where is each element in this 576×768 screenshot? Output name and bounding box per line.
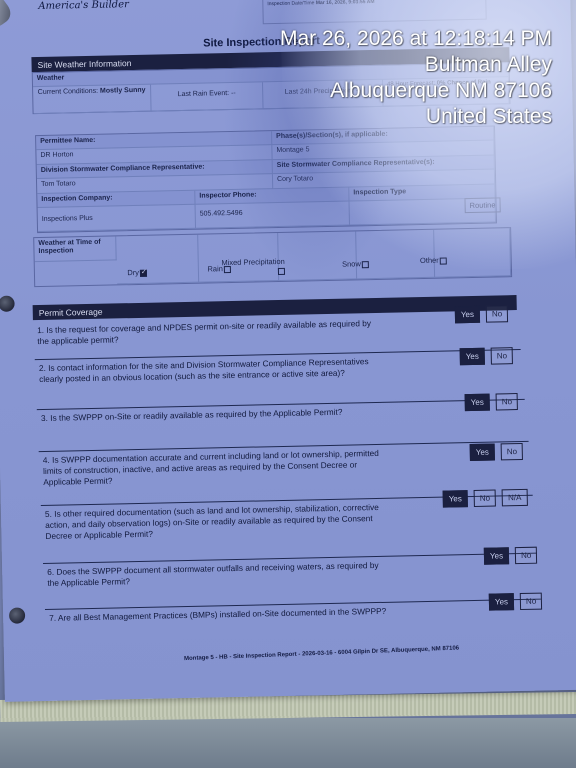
page-footer: Montage 5 - HB - Site Inspection Report … xyxy=(184,646,459,663)
weather-option-snow[interactable]: Snow xyxy=(297,257,373,272)
overlay-country: United States xyxy=(280,104,552,130)
camera-timestamp-overlay: Mar 26, 2026 at 12:18:14 PM Bultman Alle… xyxy=(280,26,552,130)
overlay-timestamp: Mar 26, 2026 at 12:18:14 PM xyxy=(280,26,552,52)
inspection-datetime-label: Inspection Date/Time xyxy=(267,0,314,7)
last-rain-value: -- xyxy=(231,90,236,97)
question-3-answer-group: YesNo xyxy=(465,393,519,411)
checked-checkbox-icon[interactable] xyxy=(140,269,147,276)
question-7-answer-group: YesNo xyxy=(489,593,543,611)
inspector-info-box: Inspector: Marcos Valadez Inspection Dat… xyxy=(262,0,487,24)
inspection-datetime-value: Mar 16, 2026, 9:03:55 AM xyxy=(316,0,375,6)
permit-coverage-header: Permit Coverage xyxy=(33,295,517,320)
weather-option-other[interactable]: Other xyxy=(375,253,451,268)
current-conditions-cell: Current Conditions: Mostly Sunny xyxy=(33,85,152,114)
last-rain-cell: Last Rain Event: -- xyxy=(151,82,264,111)
overlay-street: Bultman Alley xyxy=(280,52,552,78)
question-4-text: 4. Is SWPPP documentation accurate and c… xyxy=(43,448,384,488)
company-value: Inspections Plus xyxy=(38,205,196,232)
answer-yes-button[interactable]: Yes xyxy=(489,593,514,611)
answer-na-button[interactable]: N/A xyxy=(502,489,528,507)
answer-no-button[interactable]: No xyxy=(501,443,524,460)
permittee-info-table: Permittee Name: Phase(s)/Section(s), if … xyxy=(35,125,497,233)
current-conditions-label: Current Conditions: xyxy=(38,88,98,96)
question-4-answer-group: YesNo xyxy=(470,443,524,461)
weather-option-label: Mixed Precipitation xyxy=(221,257,285,267)
question-1-text: 1. Is the request for coverage and NPDES… xyxy=(37,318,377,347)
phone-value: 505.492.5496 xyxy=(196,202,350,229)
answer-no-button[interactable]: No xyxy=(474,490,497,507)
question-2-text: 2. Is contact information for the site a… xyxy=(39,356,379,385)
answer-yes-button[interactable]: Yes xyxy=(443,490,468,508)
answer-no-button[interactable]: No xyxy=(486,305,509,322)
answer-yes-button[interactable]: Yes xyxy=(470,444,495,462)
brand-logo: D·R·HORTON America's Builder xyxy=(36,0,160,12)
weather-cell-divider xyxy=(278,231,357,281)
empty-checkbox-icon[interactable] xyxy=(362,261,369,268)
answer-yes-button[interactable]: Yes xyxy=(460,348,485,366)
question-6-answer-group: YesNo xyxy=(484,547,538,565)
binder-hole-icon xyxy=(0,296,15,312)
question-5-text: 5. Is other required documentation (such… xyxy=(45,502,386,542)
empty-checkbox-icon[interactable] xyxy=(278,267,285,274)
weather-at-inspection-table: Weather at Time of Inspection DryRainMix… xyxy=(33,227,512,287)
overlay-city: Albuquerque NM 87106 xyxy=(280,78,552,104)
question-6-text: 6. Does the SWPPP document all stormwate… xyxy=(47,560,387,589)
answer-no-button[interactable]: No xyxy=(491,347,514,364)
last-rain-label: Last Rain Event: xyxy=(178,90,230,98)
binder-ring-icon xyxy=(0,0,15,31)
weather-option-dry[interactable]: Dry xyxy=(75,266,151,281)
empty-checkbox-icon[interactable] xyxy=(440,257,447,264)
table-surface xyxy=(0,718,576,768)
current-conditions-value: Mostly Sunny xyxy=(100,87,146,95)
answer-yes-button[interactable]: Yes xyxy=(484,547,509,565)
weather-option-label: Snow xyxy=(342,259,361,268)
answer-no-button[interactable]: No xyxy=(496,393,519,410)
answer-yes-button[interactable]: Yes xyxy=(455,306,480,324)
weather-option-mixed-precipitation[interactable]: Mixed Precipitation xyxy=(213,255,289,279)
answer-yes-button[interactable]: Yes xyxy=(465,394,490,412)
question-1-answer-group: YesNo xyxy=(455,305,509,323)
binder-hole-icon xyxy=(9,607,25,623)
weather-at-inspection-label: Weather at Time of Inspection xyxy=(34,236,116,262)
question-5-answer-group: YesNoN/A xyxy=(443,489,528,508)
answer-no-button[interactable]: No xyxy=(515,547,538,564)
inspection-type-routine-badge: Routine xyxy=(464,197,500,213)
brand-tagline: America's Builder xyxy=(38,0,160,12)
weather-option-label: Dry xyxy=(127,268,139,277)
weather-option-label: Other xyxy=(420,256,439,265)
question-2-answer-group: YesNo xyxy=(460,347,514,365)
answer-no-button[interactable]: No xyxy=(520,593,543,610)
